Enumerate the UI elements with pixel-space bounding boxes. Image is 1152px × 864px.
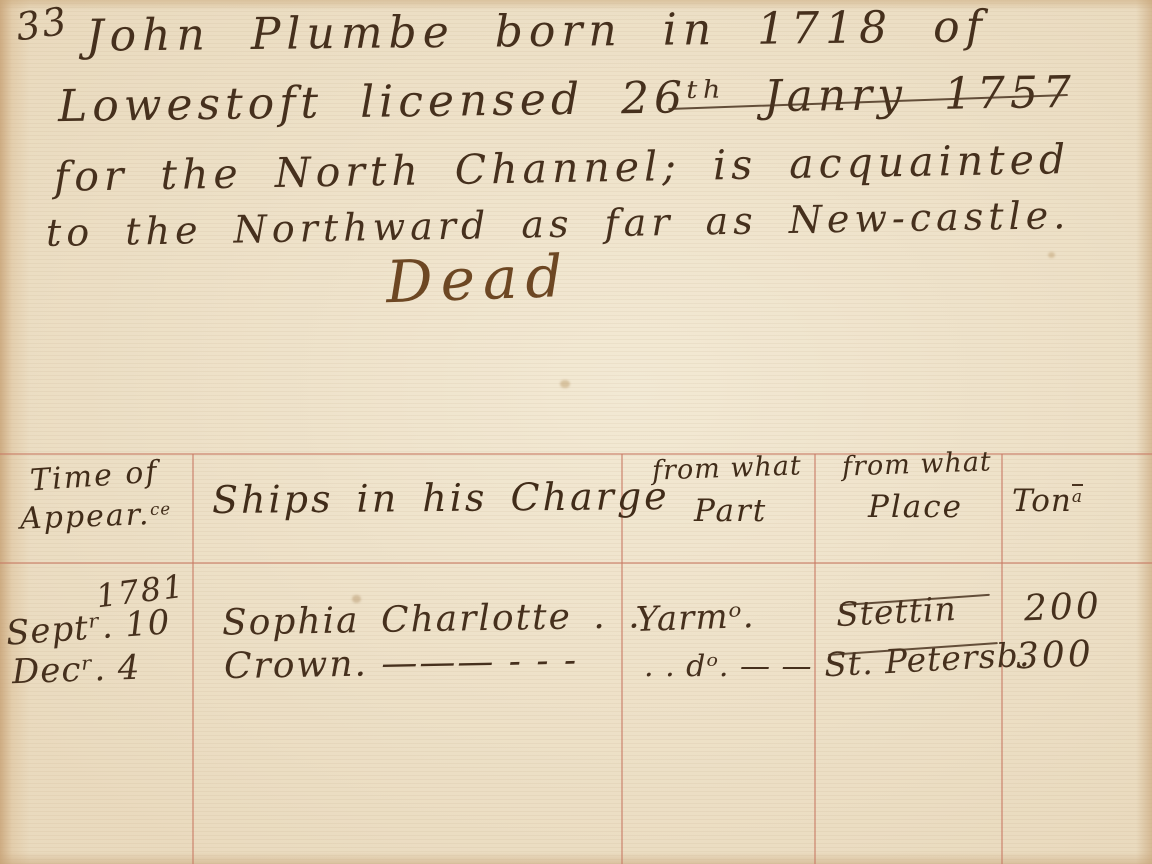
row2-from-place: St. Petersb.	[823, 637, 1031, 684]
paper-stain	[560, 380, 570, 388]
heading-line-3: for the North Channel; is acquainted	[54, 137, 1071, 200]
paper-stain	[1048, 252, 1055, 258]
row2-ship-name: Crown. ——— - - -	[224, 641, 579, 687]
header-ships-in-charge: Ships in his Charge	[212, 476, 670, 522]
header-from-what-place-line1: from what	[842, 447, 993, 482]
header-tonnage: Tona	[1012, 484, 1083, 518]
row2-date: Decʳ. 4	[11, 650, 141, 692]
header-tons-base: Ton	[1012, 483, 1072, 519]
header-from-what-place-line2: Place	[868, 490, 963, 524]
row1-from-part: Yarmᵒ.	[635, 598, 755, 640]
table-rule-header-bottom	[0, 562, 1152, 564]
header-appear-superscript: ce	[150, 499, 172, 519]
status-dead-label: Dead	[385, 245, 572, 315]
table-rule-col1	[192, 454, 194, 864]
heading-line-1: John Plumbe born in 1718 of	[86, 3, 988, 61]
entry-number: 33	[13, 1, 71, 50]
row1-ship-name: Sophia Charlotte . .	[222, 596, 642, 643]
header-tons-superscript: a	[1072, 484, 1083, 507]
table-rule-col3	[814, 454, 816, 864]
header-time-of-appearance-line1: Time of	[29, 456, 160, 498]
row2-from-part: . . dᵒ. — —	[644, 650, 813, 683]
header-appear-base: Appear.	[19, 497, 150, 537]
row1-date: Septʳ. 10	[5, 604, 172, 653]
row2-tons: 300	[1015, 635, 1094, 677]
page-edge-bottom	[0, 852, 1152, 864]
row1-tons: 200	[1023, 587, 1102, 629]
header-from-what-part-line2: Part	[694, 494, 767, 528]
ledger-page: 33 John Plumbe born in 1718 of Lowestoft…	[0, 0, 1152, 864]
page-edge-left	[0, 0, 30, 864]
page-edge-right	[1136, 0, 1152, 864]
header-time-of-appearance-line2: Appear.ce	[19, 497, 171, 535]
header-from-what-part-line1: from what	[652, 451, 803, 486]
